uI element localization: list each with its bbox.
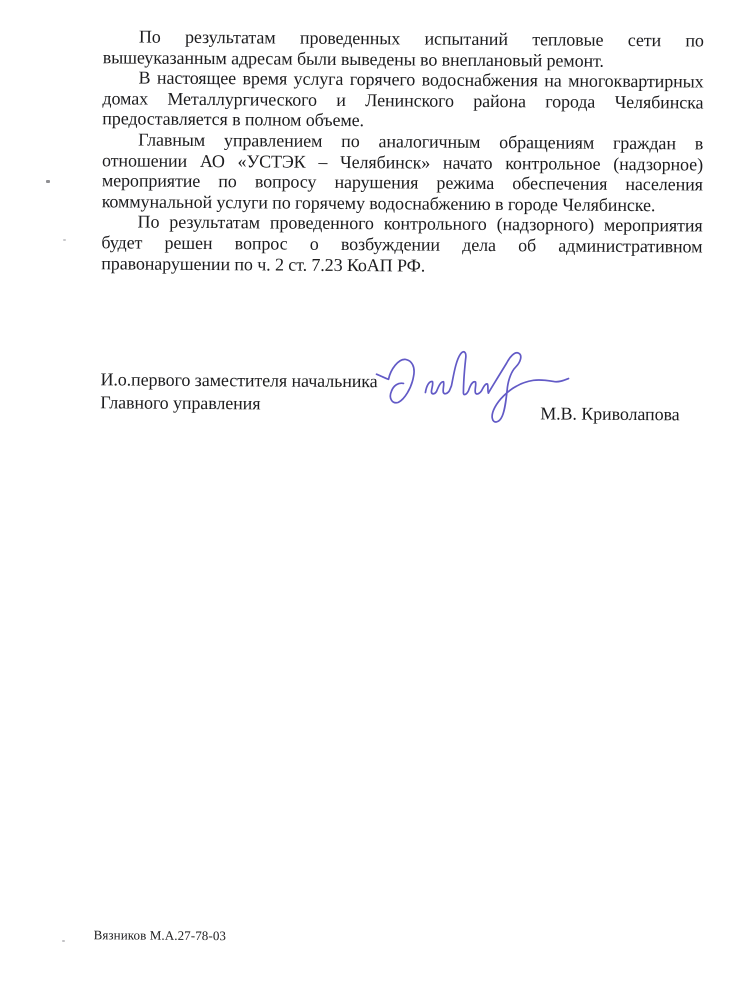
- paragraph: Главным управлением по аналогичным обращ…: [102, 129, 704, 216]
- letter-body: По результатам проведенных испытаний теп…: [101, 26, 704, 277]
- text-line: правонарушении по ч. 2 ст. 7.23 КоАП РФ.: [101, 253, 702, 278]
- signature-stroke: [376, 359, 414, 403]
- paragraph: В настоящее время услуга горячего водосн…: [102, 67, 703, 133]
- signature-stroke: [425, 352, 488, 395]
- scan-content: По результатам проведенных испытаний теп…: [0, 0, 742, 992]
- paragraph: По результатам проведенных испытаний теп…: [103, 26, 704, 71]
- executor-contact: Вязников М.А.27-78-03: [94, 927, 227, 944]
- paragraph: По результатам проведенного контрольного…: [101, 212, 702, 278]
- scan-speck: [46, 180, 50, 183]
- scan-speck: [62, 940, 65, 942]
- scanned-letter-page: По результатам проведенных испытаний теп…: [0, 0, 742, 992]
- scan-speck: [63, 239, 66, 241]
- signee-name: М.В. Криволапова: [540, 403, 700, 425]
